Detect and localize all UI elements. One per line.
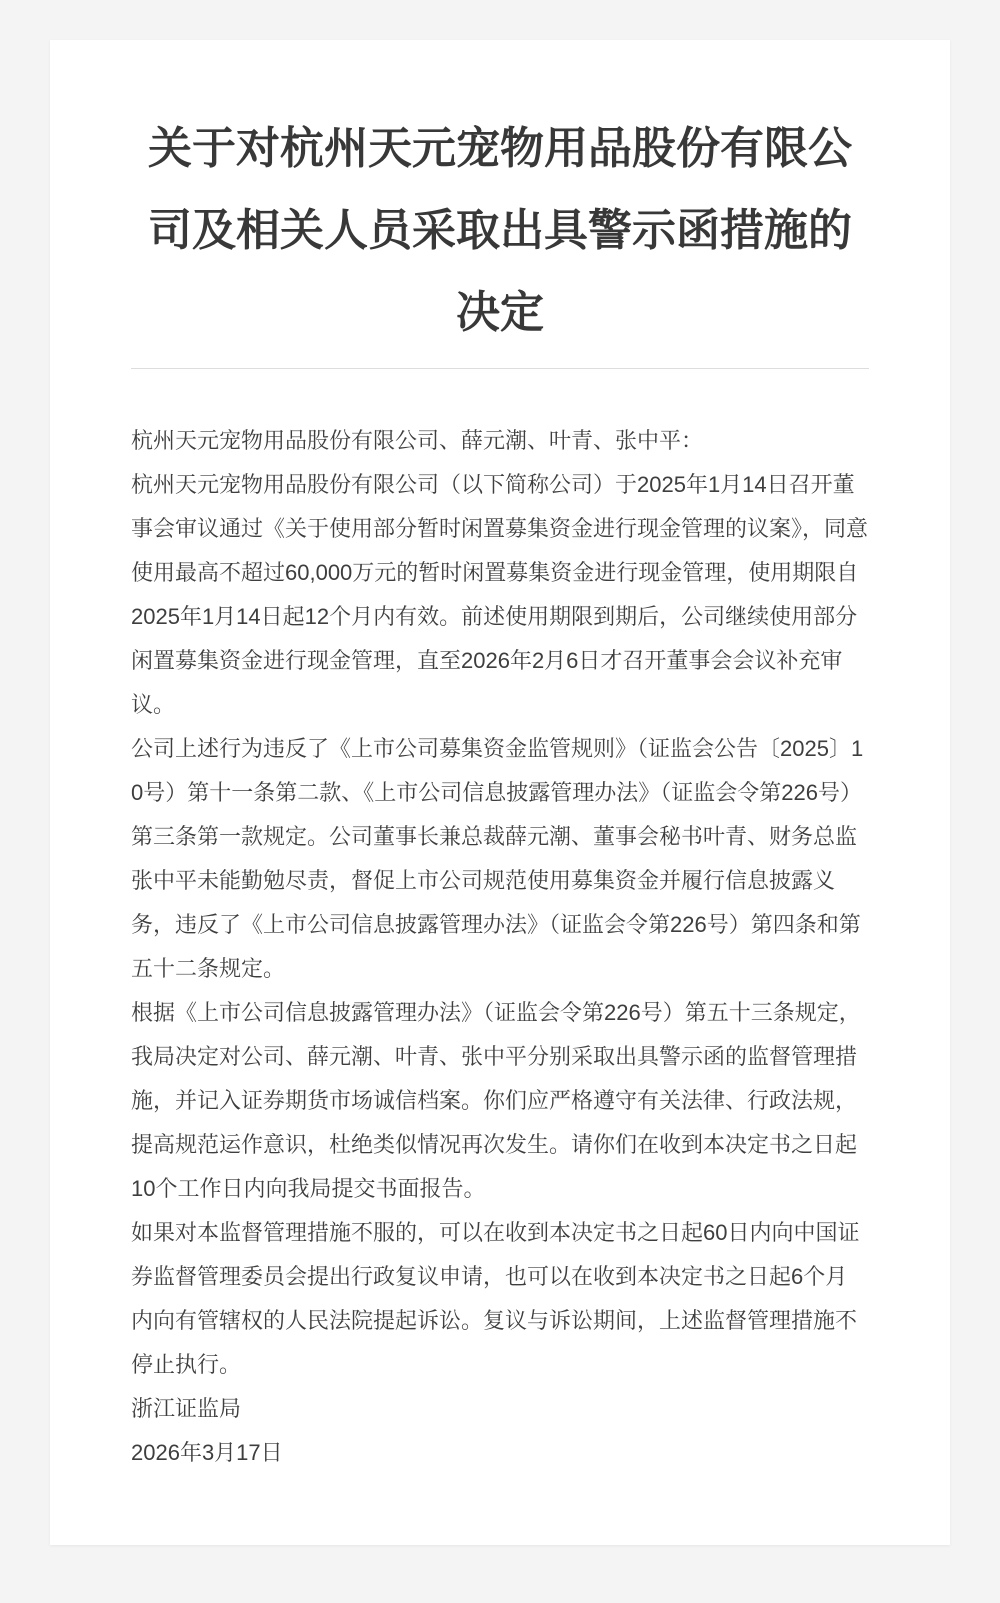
violation-paragraph: 公司上述行为违反了《上市公司募集资金监管规则》（证监会公告〔2025〕10号）第… [131,727,869,991]
document-body: 杭州天元宠物用品股份有限公司、薛元潮、叶青、张中平： 杭州天元宠物用品股份有限公… [131,419,869,1475]
appeal-paragraph: 如果对本监督管理措施不服的，可以在收到本决定书之日起60日内向中国证券监督管理委… [131,1211,869,1387]
page-background: { "document": { "title": "关于对杭州天元宠物用品股份有… [0,40,1000,1603]
signature: 浙江证监局 [131,1387,869,1431]
date: 2026年3月17日 [131,1431,869,1475]
facts-paragraph: 杭州天元宠物用品股份有限公司（以下简称公司）于2025年1月14日召开董事会审议… [131,463,869,727]
decision-paragraph: 根据《上市公司信息披露管理办法》（证监会令第226号）第五十三条规定，我局决定对… [131,991,869,1211]
document-card: 关于对杭州天元宠物用品股份有限公司及相关人员采取出具警示函措施的决定 杭州天元宠… [50,40,950,1545]
document-title: 关于对杭州天元宠物用品股份有限公司及相关人员采取出具警示函措施的决定 [131,108,869,354]
salutation-paragraph: 杭州天元宠物用品股份有限公司、薛元潮、叶青、张中平： [131,419,869,463]
title-divider [131,368,869,369]
